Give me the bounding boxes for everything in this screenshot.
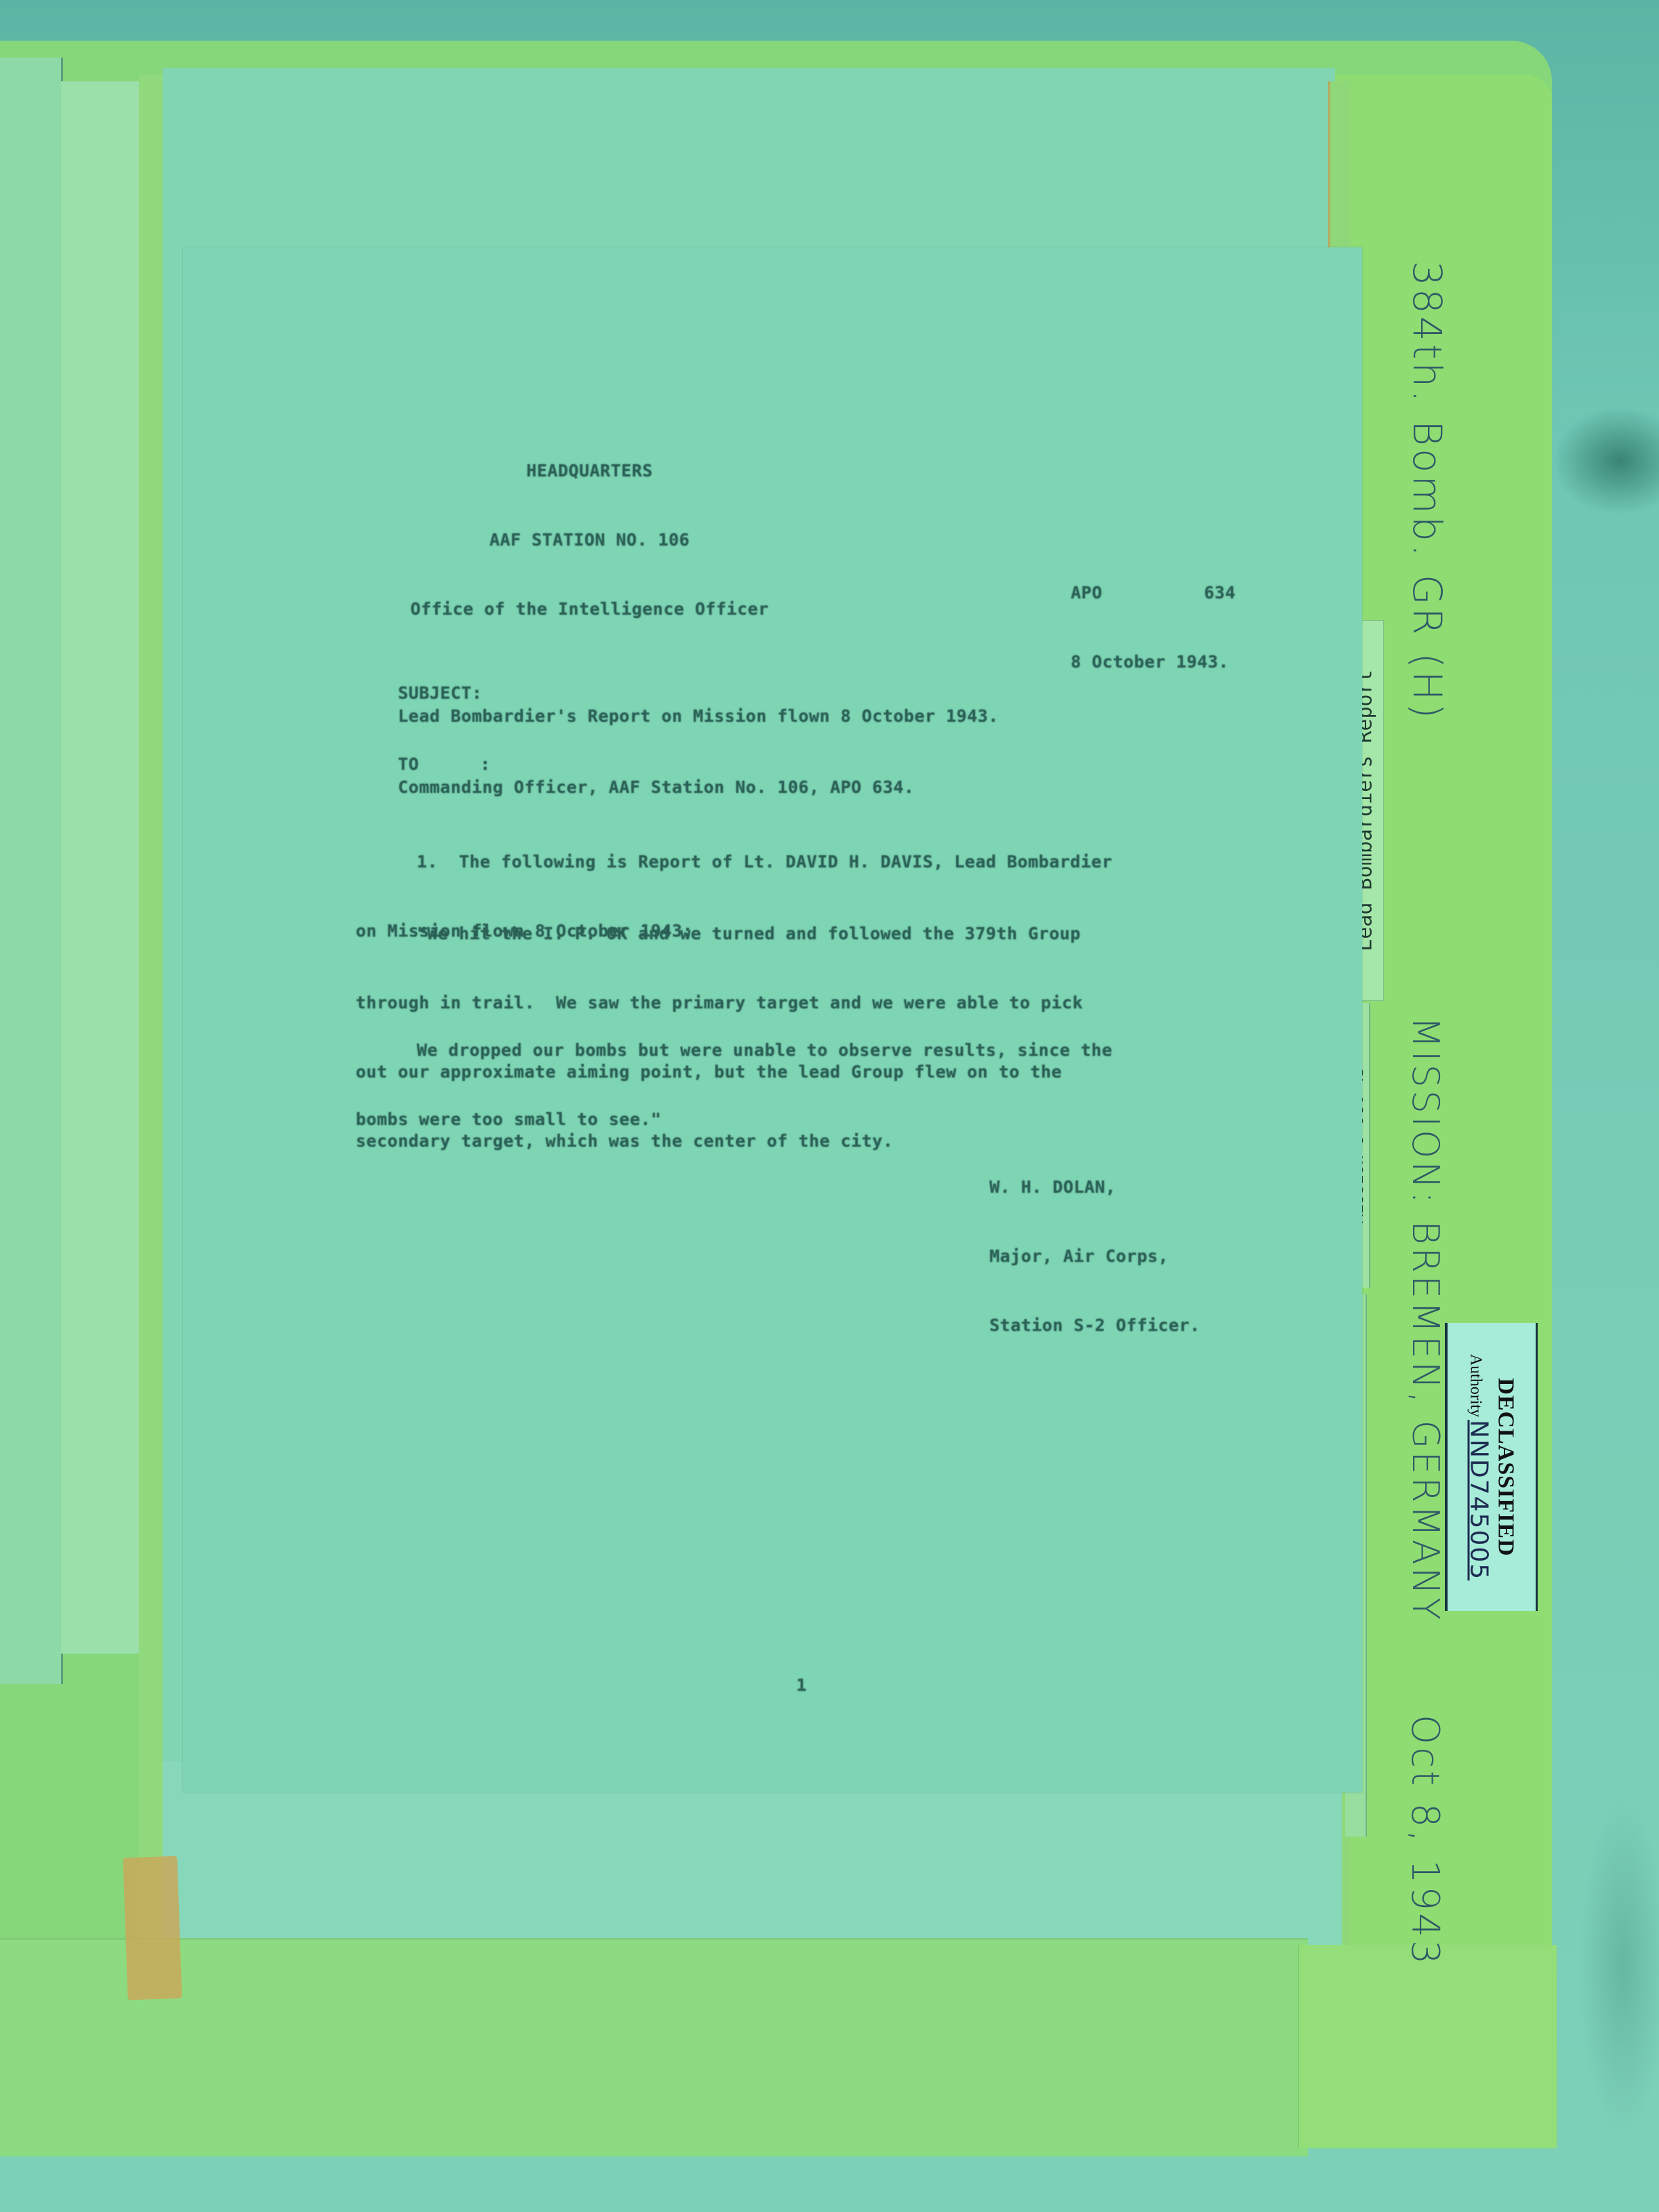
left-stacked-page bbox=[61, 81, 141, 1654]
left-stacked-page bbox=[0, 58, 63, 1684]
apo-block: APO634 8 October 1943. bbox=[1071, 535, 1235, 720]
stamp-authority-label: Authority bbox=[1467, 1353, 1485, 1416]
declassified-stamp: DECLASSIFIED Authority NND745005 bbox=[1445, 1323, 1538, 1611]
apo-label: APO bbox=[1071, 583, 1103, 602]
handwritten-mission: MISSION: BREMEN, GERMANY bbox=[1404, 1017, 1447, 1622]
apo-number: 634 bbox=[1204, 583, 1236, 602]
signer-rank: Major, Air Corps, bbox=[989, 1245, 1200, 1268]
letterhead: HEADQUARTERS AAF STATION NO. 106 Office … bbox=[183, 413, 996, 667]
to-text: Commanding Officer, AAF Station No. 106,… bbox=[398, 777, 914, 797]
background-cloth-shadow bbox=[1552, 407, 1659, 515]
signature-block: W. H. DOLAN, Major, Air Corps, Station S… bbox=[989, 1130, 1200, 1383]
folder-spine bbox=[139, 75, 166, 2135]
letterhead-line3: Office of the Intelligence Officer bbox=[183, 598, 996, 621]
folder-front-lip bbox=[1298, 1945, 1557, 2148]
letterhead-line1: HEADQUARTERS bbox=[183, 459, 996, 483]
letterhead-line2: AAF STATION NO. 106 bbox=[183, 529, 996, 552]
handwritten-group: 384th. Bomb. GR (H) bbox=[1404, 261, 1450, 721]
folder-front-pocket bbox=[0, 1938, 1308, 2156]
stamp-title: DECLASSIFIED bbox=[1493, 1353, 1519, 1580]
subject-text: Lead Bombardier's Report on Mission flow… bbox=[398, 706, 998, 726]
letter-date: 8 October 1943. bbox=[1071, 651, 1235, 674]
stamp-authority-number: NND745005 bbox=[1465, 1420, 1493, 1580]
to-label: TO bbox=[398, 754, 419, 774]
subject-label: SUBJECT: bbox=[398, 683, 482, 703]
signer-title: Station S-2 Officer. bbox=[989, 1314, 1200, 1337]
background-cloth-shadow bbox=[1579, 1796, 1659, 2135]
tape-strip bbox=[123, 1856, 182, 2001]
to-sep: : bbox=[480, 754, 491, 774]
handwritten-date: Oct 8, 1943 bbox=[1403, 1715, 1447, 1967]
page-number: 1 bbox=[796, 1674, 807, 1697]
report-page: HEADQUARTERS AAF STATION NO. 106 Office … bbox=[183, 247, 1362, 1793]
signer-name: W. H. DOLAN, bbox=[989, 1176, 1200, 1199]
